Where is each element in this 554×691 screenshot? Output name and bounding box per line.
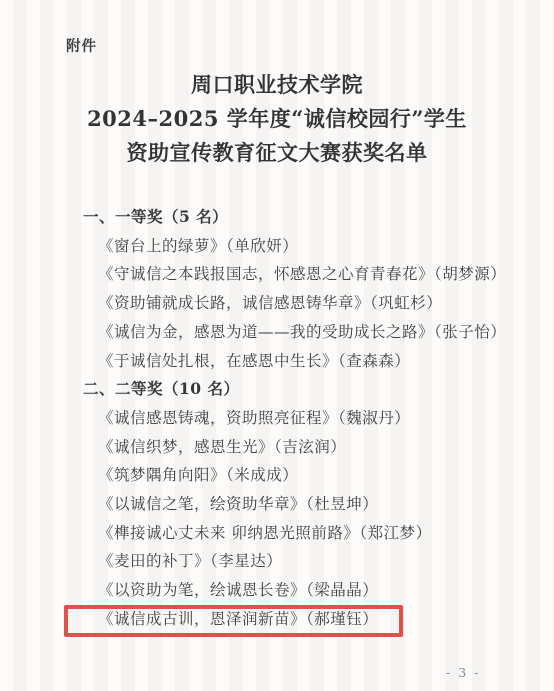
title-line-year: 2024–2025 学年度“诚信校园行”学生 (0, 102, 554, 136)
title-line-school: 周口职业技术学院 (0, 68, 554, 102)
list-item: 《窗台上的绿萝》（单欣妍） (83, 232, 524, 261)
list-item: 《诚信感恩铸魂，资助照亮征程》（魏淑丹） (83, 404, 524, 433)
attachment-label: 附件 (66, 35, 97, 56)
title-line-contest: 资助宣传教育征文大赛获奖名单 (0, 136, 554, 170)
highlighted-entry-text: 《诚信成古训，恩泽润新苗》（郝瑾钰） (98, 610, 378, 628)
document-title: 周口职业技术学院 2024–2025 学年度“诚信校园行”学生 资助宣传教育征文… (0, 68, 554, 170)
list-item: 《资助铺就成长路，诚信感恩铸华章》（巩虹杉） (83, 289, 524, 318)
award-list: 一、一等奖（5 名） 《窗台上的绿萝》（单欣妍） 《守诚信之本践报国志，怀感恩之… (83, 203, 524, 634)
page-number: - 3 - (446, 665, 480, 680)
section-heading-first-prize: 一、一等奖（5 名） (83, 203, 524, 232)
list-item: 《守诚信之本践报国志，怀感恩之心育青春花》（胡梦源） (83, 260, 524, 289)
document-page: 附件 周口职业技术学院 2024–2025 学年度“诚信校园行”学生 资助宣传教… (0, 0, 554, 691)
list-item: 《以诚信之笔，绘资助华章》（杜昱坤） (83, 490, 524, 519)
list-item-highlighted: 《诚信成古训，恩泽润新苗》（郝瑾钰） (83, 605, 524, 634)
list-item: 《麦田的补丁》（李星达） (83, 547, 524, 576)
list-item: 《以资助为笔，绘诚恩长卷》（梁晶晶） (83, 576, 524, 605)
list-item: 《榫接诚心丈未来 卯纳恩光照前路》（郑江梦） (83, 519, 524, 548)
section-heading-second-prize: 二、二等奖（10 名） (83, 375, 524, 404)
list-item: 《诚信织梦，感恩生光》（吉泫润） (83, 433, 524, 462)
list-item: 《诚信为金，感恩为道——我的受助成长之路》（张子怡） (83, 318, 524, 347)
list-item: 《筑梦隅角向阳》（米成成） (83, 461, 524, 490)
list-item: 《于诚信处扎根，在感恩中生长》（查森森） (83, 347, 524, 376)
